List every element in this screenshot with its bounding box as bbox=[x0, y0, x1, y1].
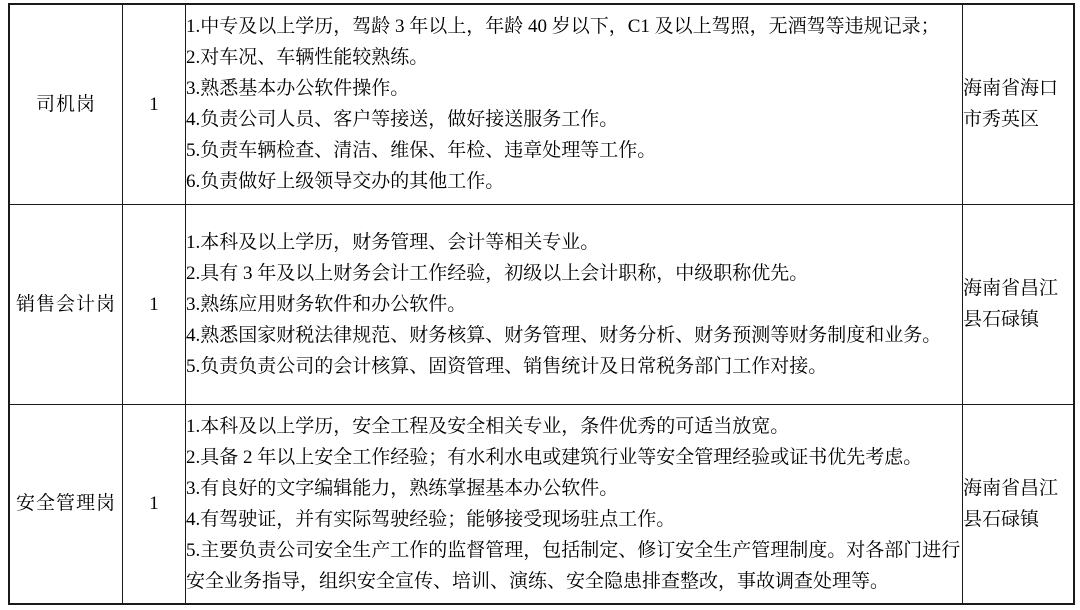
requirement-line: 6.负责做好上级领导交办的其他工作。 bbox=[186, 166, 962, 197]
requirement-line: 3.熟悉基本办公软件操作。 bbox=[186, 73, 962, 104]
requirement-line: 4.负责公司人员、客户等接送，做好接送服务工作。 bbox=[186, 104, 962, 135]
headcount-cell: 1 bbox=[123, 404, 186, 604]
job-requirements-table: 司机岗 1 1.中专及以上学历，驾龄 3 年以上，年龄 40 岁以下，C1 及以… bbox=[8, 3, 1075, 605]
requirement-line: 5.负责负责公司的会计核算、固资管理、销售统计及日常税务部门工作对接。 bbox=[186, 351, 962, 382]
requirement-line: 2.具备 2 年以上安全工作经验；有水利水电或建筑行业等安全管理经验或证书优先考… bbox=[186, 442, 962, 473]
job-table-body: 司机岗 1 1.中专及以上学历，驾龄 3 年以上，年龄 40 岁以下，C1 及以… bbox=[9, 4, 1074, 604]
requirement-line: 3.熟练应用财务软件和办公软件。 bbox=[186, 289, 962, 320]
requirement-line: 5.负责车辆检查、清洁、维保、年检、违章处理等工作。 bbox=[186, 135, 962, 166]
requirement-line: 1.本科及以上学历，财务管理、会计等相关专业。 bbox=[186, 227, 962, 258]
requirement-line: 4.有驾驶证，并有实际驾驶经验；能够接受现场驻点工作。 bbox=[186, 504, 962, 535]
requirement-line: 1.本科及以上学历，安全工程及安全相关专业，条件优秀的可适当放宽。 bbox=[186, 411, 962, 442]
requirement-line: 3.有良好的文字编辑能力，熟练掌握基本办公软件。 bbox=[186, 473, 962, 504]
location-cell: 海南省昌江县石碌镇 bbox=[963, 204, 1075, 404]
requirements-cell: 1.本科及以上学历，财务管理、会计等相关专业。2.具有 3 年及以上财务会计工作… bbox=[186, 204, 963, 404]
requirement-line: 1.中专及以上学历，驾龄 3 年以上，年龄 40 岁以下，C1 及以上驾照，无酒… bbox=[186, 11, 962, 42]
headcount-cell: 1 bbox=[123, 4, 186, 204]
requirement-line: 4.熟悉国家财税法律规范、财务核算、财务管理、财务分析、财务预测等财务制度和业务… bbox=[186, 320, 962, 351]
table-row: 司机岗 1 1.中专及以上学历，驾龄 3 年以上，年龄 40 岁以下，C1 及以… bbox=[9, 4, 1074, 204]
position-cell: 司机岗 bbox=[9, 4, 123, 204]
position-cell: 销售会计岗 bbox=[9, 204, 123, 404]
position-cell: 安全管理岗 bbox=[9, 404, 123, 604]
table-row: 安全管理岗 1 1.本科及以上学历，安全工程及安全相关专业，条件优秀的可适当放宽… bbox=[9, 404, 1074, 604]
location-cell: 海南省昌江县石碌镇 bbox=[963, 404, 1075, 604]
requirements-cell: 1.本科及以上学历，安全工程及安全相关专业，条件优秀的可适当放宽。2.具备 2 … bbox=[186, 404, 963, 604]
location-cell: 海南省海口市秀英区 bbox=[963, 4, 1075, 204]
requirement-line: 2.具有 3 年及以上财务会计工作经验，初级以上会计职称，中级职称优先。 bbox=[186, 258, 962, 289]
requirement-line: 5.主要负责公司安全生产工作的监督管理，包括制定、修订安全生产管理制度。对各部门… bbox=[186, 535, 962, 597]
headcount-cell: 1 bbox=[123, 204, 186, 404]
table-row: 销售会计岗 1 1.本科及以上学历，财务管理、会计等相关专业。2.具有 3 年及… bbox=[9, 204, 1074, 404]
page-body: 司机岗 1 1.中专及以上学历，驾龄 3 年以上，年龄 40 岁以下，C1 及以… bbox=[0, 0, 1080, 605]
requirement-line: 2.对车况、车辆性能较熟练。 bbox=[186, 42, 962, 73]
requirements-cell: 1.中专及以上学历，驾龄 3 年以上，年龄 40 岁以下，C1 及以上驾照，无酒… bbox=[186, 4, 963, 204]
